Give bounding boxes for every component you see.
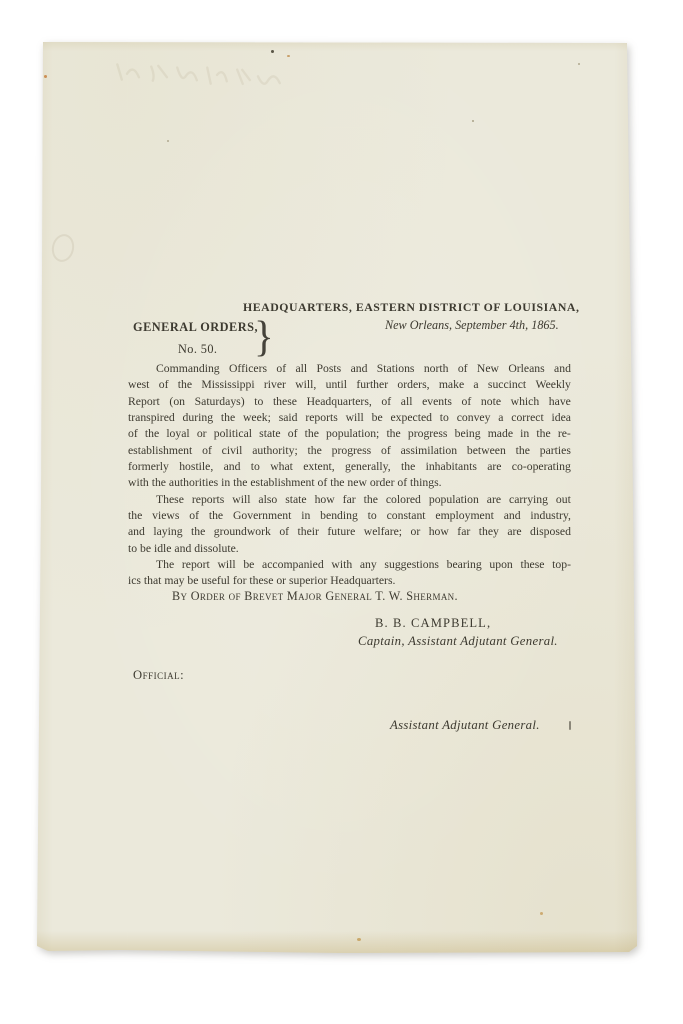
body-line: transpiredduringtheweek;saidreportswillb… xyxy=(128,410,571,426)
paper-speck xyxy=(357,938,361,941)
stray-ink-mark xyxy=(569,721,571,730)
paper-speck xyxy=(578,63,580,65)
orders-brace: } xyxy=(254,311,274,361)
paper-speck xyxy=(540,912,543,915)
body-line: andlayingthegroundworkoftheirfuturewelfa… xyxy=(128,524,571,540)
body-line: formerlyhostile,andtowhatextent,generall… xyxy=(128,459,571,475)
scan-background: HEADQUARTERS, EASTERN DISTRICT OF LOUISI… xyxy=(0,0,683,1024)
body-line: Thereportwillbeaccompaniedwithanysuggest… xyxy=(128,557,571,573)
paper-speck xyxy=(472,120,474,122)
paper-shadow: HEADQUARTERS, EASTERN DISTRICT OF LOUISI… xyxy=(0,0,683,1024)
paper-blemish-ring xyxy=(49,232,76,264)
body-line: oftheloyalorpoliticalstateofthepopulatio… xyxy=(128,426,571,442)
paper-edge-left xyxy=(37,42,53,952)
body-line: ics that may be useful for these or supe… xyxy=(128,573,571,589)
body-line: theviewsoftheGovernmentinbendingtoconsta… xyxy=(128,508,571,524)
official-label: Official: xyxy=(133,668,184,683)
paper-speck xyxy=(44,75,47,78)
body-line: establishmentofcivilauthority;theprogres… xyxy=(128,443,571,459)
general-orders-label: GENERAL ORDERS, xyxy=(133,320,258,335)
body-line: with the authorities in the establishmen… xyxy=(128,475,571,491)
faint-pencil-inscription xyxy=(95,57,286,94)
body-line: CommandingOfficersofallPostsandStationsn… xyxy=(128,361,571,377)
body-line: Report(onSaturdays)totheseHeadquarters,o… xyxy=(128,394,571,410)
dateline: New Orleans, September 4th, 1865. xyxy=(385,318,559,333)
paper-edge-bottom xyxy=(37,931,637,955)
signature-title: Captain, Assistant Adjutant General. xyxy=(358,634,558,649)
body-line: westoftheMississippiriverwill,untilfurth… xyxy=(128,377,571,393)
signature-name: B. B. CAMPBELL, xyxy=(375,616,491,631)
countersign-title: Assistant Adjutant General. xyxy=(390,718,540,733)
by-order-line: By Order of Brevet Major General T. W. S… xyxy=(172,589,458,604)
paragraph-3: Thereportwillbeaccompaniedwithanysuggest… xyxy=(128,557,571,590)
paragraph-1: CommandingOfficersofallPostsandStationsn… xyxy=(128,361,571,492)
body-line: Thesereportswillalsostatehowfarthecolore… xyxy=(128,492,571,508)
order-body: CommandingOfficersofallPostsandStationsn… xyxy=(128,361,571,590)
document-page: HEADQUARTERS, EASTERN DISTRICT OF LOUISI… xyxy=(0,0,683,1024)
headquarters-line: HEADQUARTERS, EASTERN DISTRICT OF LOUISI… xyxy=(243,300,579,315)
paragraph-2: Thesereportswillalsostatehowfarthecolore… xyxy=(128,492,571,557)
paper-speck xyxy=(287,55,290,57)
order-number: No. 50. xyxy=(178,342,217,357)
paper-edge-right xyxy=(614,43,637,953)
body-line: to be idle and dissolute. xyxy=(128,541,571,557)
paper-speck xyxy=(271,50,274,53)
paper-speck xyxy=(167,140,169,142)
paper-edge-top xyxy=(43,42,628,51)
